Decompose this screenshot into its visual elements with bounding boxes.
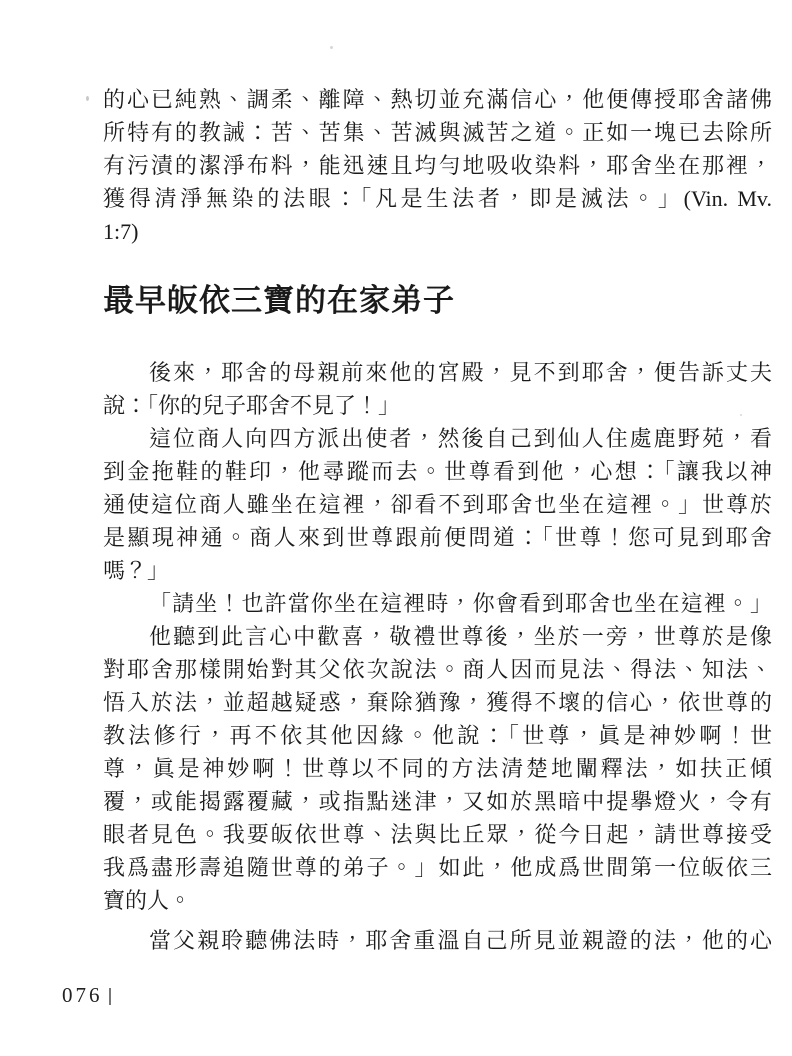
text-line: 尊，眞是神妙啊！世尊以不同的方法清楚地闡釋法，如扶正傾 xyxy=(103,752,772,785)
paragraph: 當父親聆聽佛法時，耶舍重溫自己所見並親證的法，他的心 xyxy=(103,924,772,957)
text-line: 有污漬的潔淨布料，能迅速且均勻地吸收染料，耶舍坐在那裡， xyxy=(103,149,772,182)
text-line: 是顯現神通。商人來到世尊跟前便問道：「世尊！您可見到耶舍 xyxy=(103,521,772,554)
text-line: 到金拖鞋的鞋印，他尋蹤而去。世尊看到他，心想：「讓我以神 xyxy=(103,455,772,488)
paragraph: 這位商人向四方派出使者，然後自己到仙人住處鹿野苑，看到金拖鞋的鞋印，他尋蹤而去。… xyxy=(103,422,772,587)
text-line: 1:7) xyxy=(103,215,772,248)
section-heading: 最早皈依三寶的在家弟子 xyxy=(103,282,772,320)
page-number: 076 xyxy=(62,982,103,1008)
text-line: 所特有的教誡：苦、苦集、苦滅與滅苦之道。正如一塊已去除所 xyxy=(103,116,772,149)
text-line: 眼者見色。我要皈依世尊、法與比丘眾，從今日起，請世尊接受 xyxy=(103,818,772,851)
paragraph: 的心已純熟、調柔、離障、熱切並充滿信心，他便傳授耶舍諸佛所特有的教誡：苦、苦集、… xyxy=(103,83,772,248)
text-line: 他聽到此言心中歡喜，敬禮世尊後，坐於一旁，世尊於是像 xyxy=(103,620,772,653)
scan-speck xyxy=(740,414,742,416)
paragraph: 後來，耶舍的母親前來他的宮殿，見不到耶舍，便告訴丈夫說：「你的兒子耶舍不見了！」 xyxy=(103,356,772,422)
text-line: 寶的人。 xyxy=(103,884,772,917)
paragraph: 「請坐！也許當你坐在這裡時，你會看到耶舍也坐在這裡。」 xyxy=(103,587,772,620)
text-line: 我爲盡形壽追隨世尊的弟子。」如此，他成爲世間第一位皈依三 xyxy=(103,851,772,884)
text-line: 對耶舍那樣開始對其父依次說法。商人因而見法、得法、知法、 xyxy=(103,653,772,686)
text-line: 的心已純熟、調柔、離障、熱切並充滿信心，他便傳授耶舍諸佛 xyxy=(103,83,772,116)
book-page: 的心已純熟、調柔、離障、熱切並充滿信心，他便傳授耶舍諸佛所特有的教誡：苦、苦集、… xyxy=(0,0,792,1056)
scan-speck xyxy=(330,46,333,49)
text-line: 這位商人向四方派出使者，然後自己到仙人住處鹿野苑，看 xyxy=(103,422,772,455)
text-line: 覆，或能揭露覆藏，或指點迷津，又如於黑暗中提擧燈火，令有 xyxy=(103,785,772,818)
text-line: 悟入於法，並超越疑惑，棄除猶豫，獲得不壞的信心，依世尊的 xyxy=(103,686,772,719)
text-line: 通使這位商人雖坐在這裡，卻看不到耶舍也坐在這裡。」世尊於 xyxy=(103,488,772,521)
scan-speck xyxy=(86,96,89,101)
text-line: 教法修行，再不依其他因緣。他說：「世尊，眞是神妙啊！世 xyxy=(103,719,772,752)
paragraph: 他聽到此言心中歡喜，敬禮世尊後，坐於一旁，世尊於是像對耶舍那樣開始對其父依次說法… xyxy=(103,620,772,917)
text-line: 嗎？」 xyxy=(103,554,772,587)
page-content: 的心已純熟、調柔、離障、熱切並充滿信心，他便傳授耶舍諸佛所特有的教誡：苦、苦集、… xyxy=(103,83,772,957)
footer-divider xyxy=(109,988,111,1005)
text-line: 獲得清淨無染的法眼：「凡是生法者，即是滅法。」(Vin. Mv. xyxy=(103,182,772,215)
text-line: 「請坐！也許當你坐在這裡時，你會看到耶舍也坐在這裡。」 xyxy=(103,587,772,620)
page-footer: 076 xyxy=(62,982,111,1008)
text-line: 後來，耶舍的母親前來他的宮殿，見不到耶舍，便告訴丈夫 xyxy=(103,356,772,389)
text-line: 說：「你的兒子耶舍不見了！」 xyxy=(103,389,772,422)
text-line: 當父親聆聽佛法時，耶舍重溫自己所見並親證的法，他的心 xyxy=(103,924,772,957)
